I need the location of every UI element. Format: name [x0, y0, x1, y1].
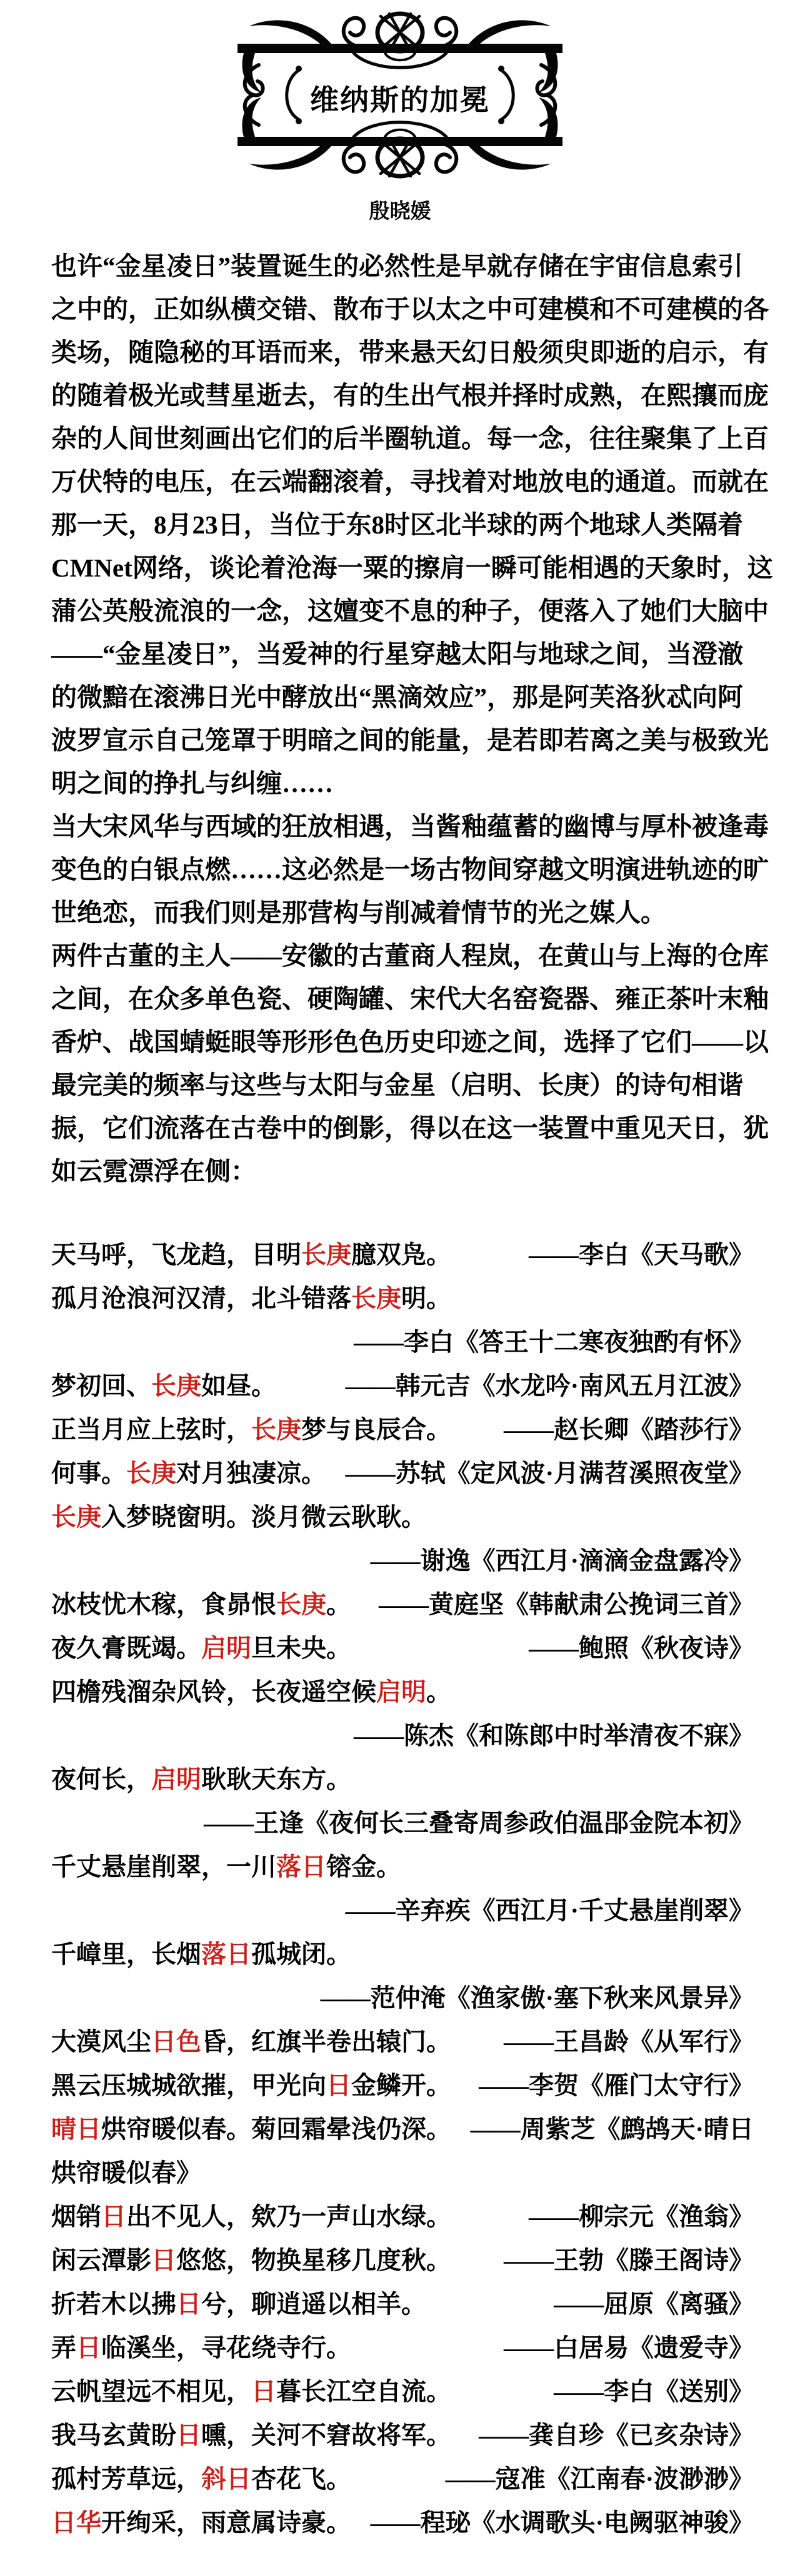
quote-attribution: ——赵长卿《踏莎行》: [504, 1408, 754, 1452]
quote-segment: 金鳞开。: [351, 2071, 451, 2099]
quote-attribution: ——韩元吉《水龙吟·南风五月江波》: [346, 1364, 754, 1408]
text-line: 两件古董的主人——安徽的古董商人程岚，在黄山与上海的仓库: [51, 934, 755, 978]
intro-paragraphs: 也许“金星凌日”装置诞生的必然性是早就存储在宇宙信息索引之中的，正如纵横交错、散…: [51, 245, 755, 1193]
quote-line: ——辛弃疾《西江月·千丈悬崖削翠》: [51, 1889, 754, 1933]
quote-attribution: ——王勃《滕王阁诗》: [504, 2239, 754, 2282]
quote-line: 我马玄黄盼日曛，关河不窘故将军。——龚自珍《已亥杂诗》: [51, 2414, 754, 2457]
quote-line: ——陈杰《和陈郎中时举清夜不寐》: [51, 1714, 754, 1758]
quote-attribution: ——李白《答王十二寒夜独酌有怀》: [354, 1320, 754, 1364]
quote-text: 长庚入梦晓窗明。淡月微云耿耿。: [51, 1495, 426, 1539]
text-line: 变色的白银点燃……这必然是一场古物间穿越文明演进轨迹的旷: [51, 848, 755, 891]
quote-line: 夜何长，启明耿耿天东方。: [51, 1758, 754, 1801]
quote-attribution: ——柳宗元《渔翁》: [529, 2195, 754, 2239]
quote-segment: 云帆望远不相见，: [51, 2377, 251, 2405]
highlighted-term: 日色: [151, 2028, 201, 2056]
quote-segment: 耿耿天东方。: [201, 1765, 351, 1793]
quote-attribution: ——黄庭坚《韩献肃公挽词三首》: [379, 1583, 754, 1627]
quote-line: 孤月沧浪河汉清，北斗错落长庚明。: [51, 1277, 754, 1320]
text-line: 当大宋风华与西域的狂放相遇，当酱釉蕴蓄的幽博与厚朴被逢毒: [51, 805, 755, 848]
quote-segment: 孤月沧浪河汉清，北斗错落: [51, 1284, 351, 1312]
quote-text: 孤月沧浪河汉清，北斗错落长庚明。: [51, 1277, 451, 1320]
quote-segment: 黑云压城城欲摧，甲光向: [51, 2071, 326, 2099]
quote-text: 折若木以拂日兮，聊逍遥以相羊。: [51, 2282, 426, 2326]
quote-segment: 悠悠，物换星移几度秋。: [176, 2246, 451, 2274]
quote-attribution: ——鲍照《秋夜诗》: [529, 1627, 754, 1670]
quote-segment: 烟销: [51, 2202, 101, 2231]
quote-segment: 入梦晓窗明。淡月微云耿耿。: [101, 1503, 426, 1531]
highlighted-term: 长庚: [276, 1590, 326, 1618]
quote-segment: 臆双凫。: [351, 1241, 451, 1269]
quote-text: 夜何长，启明耿耿天东方。: [51, 1758, 351, 1801]
quote-line: 梦初回、长庚如昼。——韩元吉《水龙吟·南风五月江波》: [51, 1364, 754, 1408]
text-line: 之间，在众多单色瓷、硬陶罐、宋代大名窑瓷器、雍正茶叶末釉: [51, 978, 755, 1021]
highlighted-term: 日: [326, 2071, 351, 2099]
quote-attribution: ——程珌《水调歌头·电阙驱神骏》: [371, 2501, 754, 2545]
highlighted-term: 启明: [201, 1634, 251, 1662]
quote-attribution: ——范仲淹《渔家傲·塞下秋来风景异》: [321, 1976, 754, 2020]
quote-line: 冰枝忧木稼，食昴恨长庚。——黄庭坚《韩献肃公挽词三首》: [51, 1583, 754, 1627]
quote-line: ——范仲淹《渔家傲·塞下秋来风景异》: [51, 1976, 754, 2020]
highlighted-term: 启明: [376, 1678, 426, 1706]
quote-line: 千丈悬崖削翠，一川落日镕金。: [51, 1845, 754, 1889]
paragraph-2: 当大宋风华与西域的狂放相遇，当酱釉蕴蓄的幽博与厚朴被逢毒变色的白银点燃……这必然…: [51, 805, 755, 934]
quote-line: 天马呼，飞龙趋，目明长庚臆双凫。——李白《天马歌》: [51, 1233, 754, 1277]
quote-attribution: ——李白《送别》: [554, 2370, 754, 2414]
text-line: 的微黯在滚沸日光中酵放出“黑滴效应”，那是阿芙洛狄忒向阿: [51, 676, 755, 719]
quote-segment: 临溪坐，寻花绕寺行。: [101, 2334, 351, 2362]
quote-segment: 镕金。: [326, 1853, 401, 1881]
quote-line: ——谢逸《西江月·滴滴金盘露冷》: [51, 1539, 754, 1583]
quote-attribution: ——王昌龄《从军行》: [504, 2020, 754, 2064]
quote-attribution: ——龚自珍《已亥杂诗》: [479, 2414, 754, 2457]
quote-line: ——李白《答王十二寒夜独酌有怀》: [51, 1320, 754, 1364]
highlighted-term: 长庚: [301, 1241, 351, 1269]
paragraph-1: 也许“金星凌日”装置诞生的必然性是早就存储在宇宙信息索引之中的，正如纵横交错、散…: [51, 245, 755, 805]
quote-segment: 夜何长，: [51, 1765, 151, 1793]
quote-segment: 杏花飞。: [251, 2465, 351, 2493]
quote-segment: 我马玄黄盼: [51, 2421, 176, 2449]
highlighted-term: 落日: [201, 1940, 251, 1968]
quote-segment: 闲云潭影: [51, 2246, 151, 2274]
quote-segment: 旦未央。: [251, 1634, 351, 1662]
quote-segment: 孤城闭。: [251, 1940, 351, 1968]
quote-line: 黑云压城城欲摧，甲光向日金鳞开。——李贺《雁门太守行》: [51, 2064, 754, 2108]
highlighted-term: 长庚: [51, 1503, 101, 1531]
text-line: 那一天，8月23日，当位于东8时区北半球的两个地球人类隔着: [51, 503, 755, 547]
quote-segment: 冰枝忧木稼，食昴恨: [51, 1590, 276, 1618]
highlighted-term: 长庚: [151, 1372, 201, 1400]
quote-text: 千嶂里，长烟落日孤城闭。: [51, 1933, 351, 1976]
quote-text: 冰枝忧木稼，食昴恨长庚。: [51, 1583, 351, 1627]
quote-attribution: ——屈原《离骚》: [554, 2282, 754, 2326]
quote-segment: 孤村芳草远，: [51, 2465, 201, 2493]
quote-segment: 曛，关河不窘故将军。: [201, 2421, 451, 2449]
quote-segment: 大漠风尘: [51, 2028, 151, 2056]
highlighted-term: 晴日: [51, 2115, 101, 2143]
text-line: 之中的，正如纵横交错、散布于以太之中可建模和不可建模的各: [51, 288, 755, 331]
author-name: 殷晓媛: [0, 195, 800, 224]
quote-text: 烟销日出不见人，欸乃一声山水绿。: [51, 2195, 451, 2239]
quote-text: 闲云潭影日悠悠，物换星移几度秋。: [51, 2239, 451, 2282]
text-line: CMNet网络，谈论着沧海一粟的擦肩一瞬可能相遇的天象时，这: [51, 547, 755, 590]
quote-list: 天马呼，飞龙趋，目明长庚臆双凫。——李白《天马歌》孤月沧浪河汉清，北斗错落长庚明…: [51, 1233, 754, 2545]
text-line: 也许“金星凌日”装置诞生的必然性是早就存储在宇宙信息索引: [51, 245, 755, 288]
quote-text: 正当月应上弦时，长庚梦与良辰合。: [51, 1408, 451, 1452]
quote-segment: 出不见人，欸乃一声山水绿。: [126, 2202, 451, 2231]
quote-line: 千嶂里，长烟落日孤城闭。: [51, 1933, 754, 1976]
quote-text: 我马玄黄盼日曛，关河不窘故将军。: [51, 2414, 451, 2457]
quote-text: 大漠风尘日色昏，红旗半卷出辕门。: [51, 2020, 451, 2064]
quote-text: 夜久膏既竭。启明旦未央。: [51, 1627, 351, 1670]
quote-segment: 。: [326, 1590, 351, 1618]
quote-attribution: ——苏轼《定风波·月满苕溪照夜堂》: [346, 1452, 754, 1495]
quote-text: 黑云压城城欲摧，甲光向日金鳞开。: [51, 2064, 451, 2108]
quote-text: 晴日烘帘暖似春。菊回霜晕浅仍深。: [51, 2108, 451, 2151]
quote-attribution: ——谢逸《西江月·滴滴金盘露冷》: [371, 1539, 754, 1583]
quote-line: 弄日临溪坐，寻花绕寺行。——白居易《遗爱寺》: [51, 2326, 754, 2370]
quote-line: 夜久膏既竭。启明旦未央。——鲍照《秋夜诗》: [51, 1627, 754, 1670]
quote-line: 云帆望远不相见，日暮长江空自流。——李白《送别》: [51, 2370, 754, 2414]
quote-segment: 千嶂里，长烟: [51, 1940, 201, 1968]
quote-line: 正当月应上弦时，长庚梦与良辰合。——赵长卿《踏莎行》: [51, 1408, 754, 1452]
quote-line: 孤村芳草远，斜日杏花飞。——寇准《江南春·波渺渺》: [51, 2457, 754, 2501]
quote-attribution: ——周紫芝《鹧鸪天·晴日: [471, 2108, 754, 2151]
highlighted-term: 日: [101, 2202, 126, 2231]
quote-text: 弄日临溪坐，寻花绕寺行。: [51, 2326, 351, 2370]
quote-line: ——王逢《夜何长三叠寄周参政伯温郘金院本初》: [51, 1801, 754, 1845]
quote-text: 天马呼，飞龙趋，目明长庚臆双凫。: [51, 1233, 451, 1277]
quote-text: 云帆望远不相见，日暮长江空自流。: [51, 2370, 451, 2414]
quote-segment: 梦初回、: [51, 1372, 151, 1400]
document-page: 维纳斯的加冕 殷晓媛 也许“金星凌日”装置诞生的必然性是早就存储在宇宙信息索引之…: [0, 0, 800, 2576]
highlighted-term: 斜日: [201, 2465, 251, 2493]
quote-segment: 昏，红旗半卷出辕门。: [201, 2028, 451, 2056]
quote-segment: 开绚采，雨意属诗豪。: [101, 2509, 351, 2537]
paragraph-3: 两件古董的主人——安徽的古董商人程岚，在黄山与上海的仓库之间，在众多单色瓷、硬陶…: [51, 934, 755, 1193]
quote-attribution: ——白居易《遗爱寺》: [504, 2326, 754, 2370]
highlighted-term: 长庚: [126, 1459, 176, 1487]
title-ornament: 维纳斯的加冕: [237, 11, 562, 179]
highlighted-term: 日: [176, 2290, 201, 2318]
text-line: 香炉、战国蜻蜓眼等形形色色历史印迹之间，选择了它们——以: [51, 1021, 755, 1064]
quote-text: 烘帘暖似春》: [51, 2151, 201, 2195]
quote-attribution: ——李贺《雁门太守行》: [479, 2064, 754, 2108]
quote-line: 折若木以拂日兮，聊逍遥以相羊。——屈原《离骚》: [51, 2282, 754, 2326]
highlighted-term: 启明: [151, 1765, 201, 1793]
text-line: ——“金星凌日”，当爱神的行星穿越太阳与地球之间，当澄澈: [51, 633, 755, 676]
quote-segment: 对月独凄凉。: [176, 1459, 326, 1487]
quote-segment: 如昼。: [201, 1372, 276, 1400]
quote-segment: 烘帘暖似春》: [51, 2159, 201, 2187]
highlighted-term: 日: [76, 2334, 101, 2362]
quote-line: 四檐残溜杂风铃，长夜遥空候启明。: [51, 1670, 754, 1714]
quote-line: 烘帘暖似春》: [51, 2151, 754, 2195]
quote-text: 何事。长庚对月独凄凉。: [51, 1452, 326, 1495]
text-line: 明之间的挣扎与纠缠……: [51, 762, 755, 805]
quote-line: 何事。长庚对月独凄凉。——苏轼《定风波·月满苕溪照夜堂》: [51, 1452, 754, 1495]
quote-segment: 千丈悬崖削翠，一川: [51, 1853, 276, 1881]
quote-text: 日华开绚采，雨意属诗豪。: [51, 2501, 351, 2545]
quote-attribution: ——李白《天马歌》: [529, 1233, 754, 1277]
quote-segment: 暮长江空自流。: [276, 2377, 451, 2405]
highlighted-term: 长庚: [251, 1415, 301, 1444]
quote-segment: 明。: [401, 1284, 451, 1312]
quote-attribution: ——陈杰《和陈郎中时举清夜不寐》: [354, 1714, 754, 1758]
quote-segment: 烘帘暖似春。菊回霜晕浅仍深。: [101, 2115, 451, 2143]
quote-line: 烟销日出不见人，欸乃一声山水绿。——柳宗元《渔翁》: [51, 2195, 754, 2239]
quote-line: 大漠风尘日色昏，红旗半卷出辕门。——王昌龄《从军行》: [51, 2020, 754, 2064]
quote-text: 四檐残溜杂风铃，长夜遥空候启明。: [51, 1670, 451, 1714]
highlighted-term: 日: [251, 2377, 276, 2405]
text-line: 万伏特的电压，在云端翻滚着，寻找着对地放电的通道。而就在: [51, 460, 755, 503]
text-line: 类场，随隐秘的耳语而来，带来悬天幻日般须臾即逝的启示，有: [51, 331, 755, 374]
highlighted-term: 日: [176, 2421, 201, 2449]
page-title: 维纳斯的加冕: [237, 77, 562, 119]
quote-segment: 夜久膏既竭。: [51, 1634, 201, 1662]
quote-segment: 弄: [51, 2334, 76, 2362]
quote-segment: 折若木以拂: [51, 2290, 176, 2318]
quote-attribution: ——寇准《江南春·波渺渺》: [446, 2457, 754, 2501]
quote-attribution: ——辛弃疾《西江月·千丈悬崖削翠》: [346, 1889, 754, 1933]
quote-segment: 何事。: [51, 1459, 126, 1487]
quote-text: 孤村芳草远，斜日杏花飞。: [51, 2457, 351, 2501]
quote-segment: 四檐残溜杂风铃，长夜遥空候: [51, 1678, 376, 1706]
quote-segment: 梦与良辰合。: [301, 1415, 451, 1444]
text-line: 世绝恋，而我们则是那营构与削减着情节的光之媒人。: [51, 891, 755, 934]
text-line: 最完美的频率与这些与太阳与金星（启明、长庚）的诗句相谐: [51, 1064, 755, 1107]
text-line: 如云霓漂浮在侧：: [51, 1150, 755, 1193]
quote-line: 日华开绚采，雨意属诗豪。——程珌《水调歌头·电阙驱神骏》: [51, 2501, 754, 2545]
highlighted-term: 日: [151, 2246, 176, 2274]
text-line: 杂的人间世刻画出它们的后半圈轨道。每一念，往往聚集了上百: [51, 417, 755, 460]
text-line: 的随着极光或彗星逝去，有的生出气根并择时成熟，在熙攘而庞: [51, 374, 755, 417]
highlighted-term: 日华: [51, 2509, 101, 2537]
quote-segment: 正当月应上弦时，: [51, 1415, 251, 1444]
quote-line: 长庚入梦晓窗明。淡月微云耿耿。: [51, 1495, 754, 1539]
quote-line: 闲云潭影日悠悠，物换星移几度秋。——王勃《滕王阁诗》: [51, 2239, 754, 2282]
text-line: 蒲公英般流浪的一念，这嬗变不息的种子，便落入了她们大脑中: [51, 590, 755, 633]
quote-attribution: ——王逢《夜何长三叠寄周参政伯温郘金院本初》: [204, 1801, 754, 1845]
highlighted-term: 长庚: [351, 1284, 401, 1312]
quote-line: 晴日烘帘暖似春。菊回霜晕浅仍深。——周紫芝《鹧鸪天·晴日: [51, 2108, 754, 2151]
highlighted-term: 落日: [276, 1853, 326, 1881]
quote-text: 千丈悬崖削翠，一川落日镕金。: [51, 1845, 401, 1889]
quote-segment: 。: [426, 1678, 451, 1706]
quote-text: 梦初回、长庚如昼。: [51, 1364, 276, 1408]
text-line: 振，它们流落在古卷中的倒影，得以在这一装置中重见天日，犹: [51, 1107, 755, 1150]
quote-segment: 兮，聊逍遥以相羊。: [201, 2290, 426, 2318]
quote-segment: 天马呼，飞龙趋，目明: [51, 1241, 301, 1269]
text-line: 波罗宣示自己笼罩于明暗之间的能量，是若即若离之美与极致光: [51, 719, 755, 762]
